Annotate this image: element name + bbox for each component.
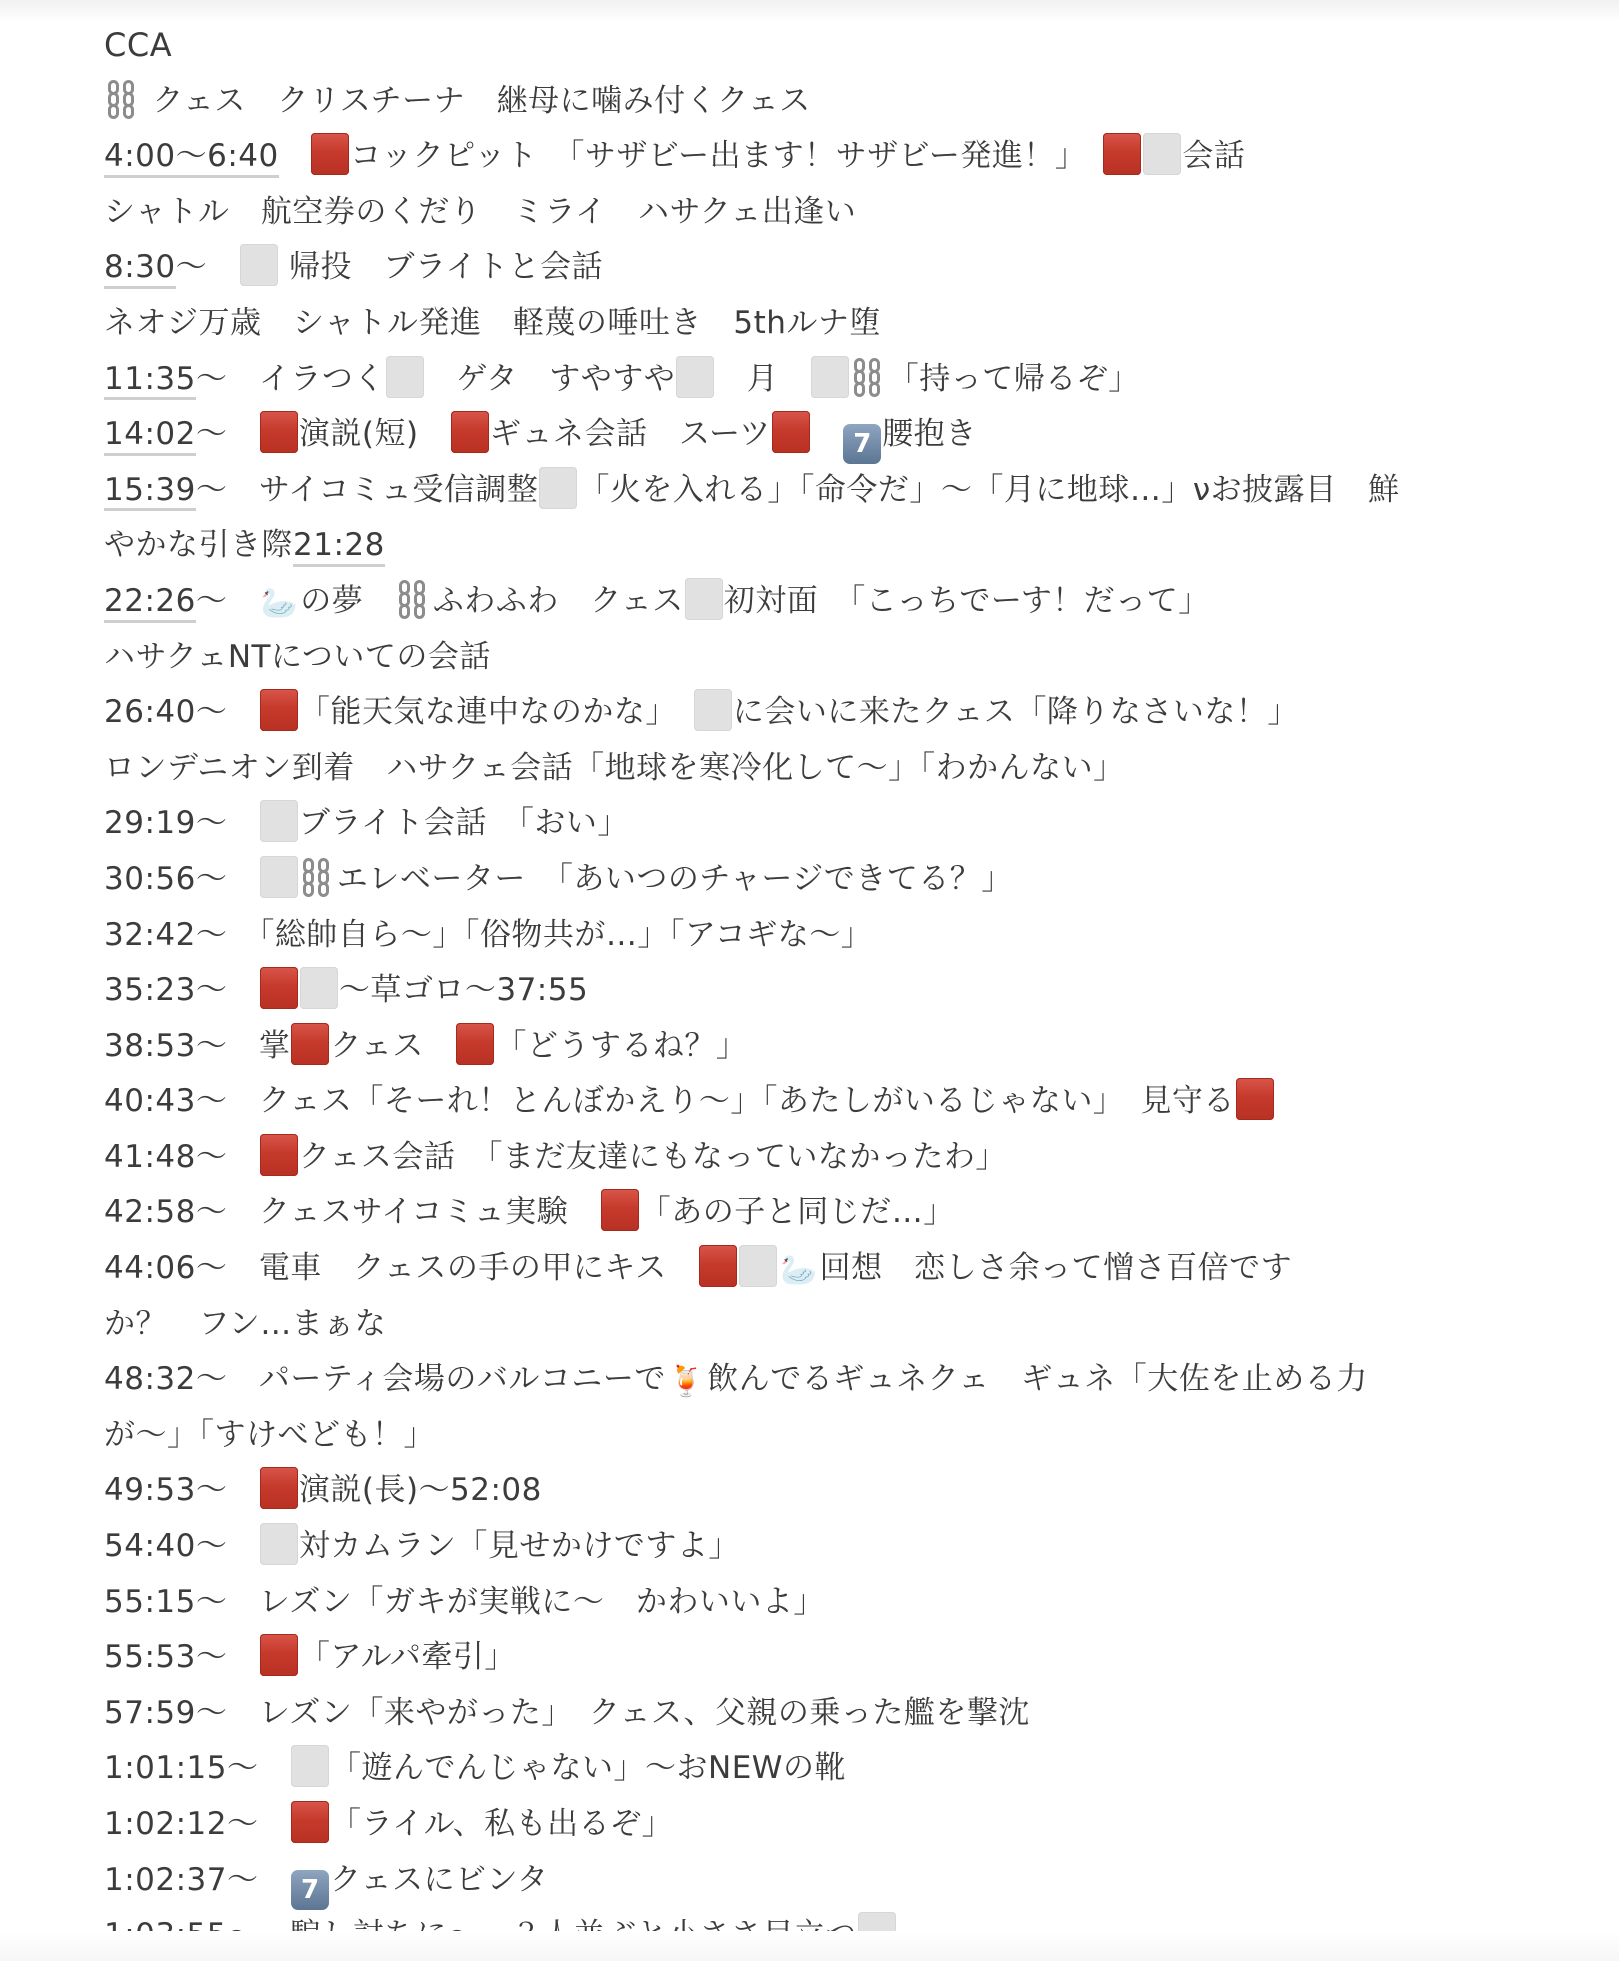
line-text: ～ クェスサイコミュ実験 [196, 1194, 600, 1230]
note-line: 11:35～ イラつく ゲタ すやすや 月 「持って帰るぞ」 [104, 352, 1504, 408]
timestamp[interactable]: 14:02 [104, 417, 196, 456]
swan-icon: 🦢 [780, 1243, 817, 1299]
line-text: 演説(長)～52:08 [299, 1472, 542, 1508]
chain-icon [397, 578, 431, 620]
line-text: 腰抱き [882, 416, 977, 452]
line-text: ギュネ会話 スーツ [490, 416, 771, 452]
line-text: クェス クリスチーナ 継母に噛み付くクェス [142, 83, 811, 119]
note-line: ロンデニオン到着 ハサクェ会話「地球を寒冷化して～」「わかんない」 [104, 741, 1504, 797]
line-text: ロンデニオン到着 ハサクェ会話「地球を寒冷化して～」「わかんない」 [104, 750, 1125, 786]
note-line: 41:48～ クェス会話 「まだ友達にもなっていなかったわ」 [104, 1130, 1504, 1186]
red-square-icon [1103, 133, 1141, 175]
note-line: 38:53～ 掌クェス 「どうするね？」 [104, 1019, 1504, 1075]
line-text: 月 [715, 361, 810, 397]
note-line: 22:26～ 🦢の夢 ふわふわ クェス初対面 「こっちでーす！だって」 [104, 574, 1504, 630]
timestamp[interactable]: 4:00～6:40 [104, 139, 279, 178]
note-line: 35:23～ ～草ゴロ～37:55 [104, 963, 1504, 1019]
line-text: ～ [227, 1862, 290, 1898]
timestamp[interactable]: 22:26 [104, 584, 196, 623]
line-text: に会いに来たクェス「降りなさいな！」 [733, 694, 1299, 730]
red-square-icon [456, 1023, 494, 1065]
line-text: の夢 [300, 583, 395, 619]
timestamp: 29:19 [104, 806, 196, 842]
red-square-icon [260, 1134, 298, 1176]
keycap-seven-icon: 7 [291, 1870, 329, 1910]
note-line: 54:40～ 対カムラン「見せかけですよ」 [104, 1519, 1504, 1575]
timestamp: 32:42 [104, 918, 196, 954]
red-square-icon [699, 1245, 737, 1287]
note-line: 32:42～ 「総帥自ら～」「俗物共が…」「アコギな～」 [104, 908, 1504, 964]
white-square-icon [694, 689, 732, 731]
line-text: ～ [196, 694, 259, 730]
timestamp[interactable]: 15:39 [104, 473, 196, 512]
note-line: クェス クリスチーナ 継母に噛み付くクェス [104, 74, 1504, 130]
timestamp: 35:23 [104, 973, 196, 1009]
note-line: 26:40～ 「能天気な連中なのかな」 に会いに来たクェス「降りなさいな！」 [104, 685, 1504, 741]
line-text: 「火を入れる」「命令だ」～「月に地球…」νお披露目 鮮 [578, 472, 1399, 508]
note-line: が～」「すけべども！」 [104, 1408, 1504, 1464]
timestamp: 49:53 [104, 1473, 196, 1509]
note-title: CCA [104, 18, 1504, 74]
white-square-icon [739, 1245, 777, 1287]
note-line: 1:02:12～ 「ライル、私も出るぞ」 [104, 1797, 1504, 1853]
note-line: 55:15～ レズン「ガキが実戦に～ かわいいよ」 [104, 1575, 1504, 1631]
line-text: ～ イラつく [196, 361, 385, 397]
note-line: やかな引き際21:28 [104, 518, 1504, 574]
keycap-seven-icon: 7 [843, 424, 881, 464]
line-text: ～ [196, 1139, 259, 1175]
line-text: ～ 「総帥自ら～」「俗物共が…」「アコギな～」 [196, 917, 872, 953]
line-text: ゲタ すやすや [425, 361, 675, 397]
timestamp: 26:40 [104, 695, 196, 731]
note-line: 42:58～ クェスサイコミュ実験 「あの子と同じだ…」 [104, 1185, 1504, 1241]
white-square-icon [811, 356, 849, 398]
chain-icon [106, 78, 140, 120]
red-square-icon [601, 1189, 639, 1231]
line-text [279, 138, 311, 174]
white-square-icon [1143, 133, 1181, 175]
line-text: クェスにビンタ [330, 1862, 548, 1898]
line-text: ～ レズン「来やがった」 クェス、父親の乗った艦を撃沈 [196, 1695, 1030, 1731]
line-text: ～ [196, 972, 259, 1008]
red-square-icon [451, 411, 489, 453]
note-line: 30:56～ エレベーター 「あいつのチャージできてる？」 [104, 852, 1504, 908]
note-line: 8:30～ 帰投 ブライトと会話 [104, 240, 1504, 296]
line-text: ハサクェNTについての会話 [104, 639, 491, 675]
white-square-icon [240, 244, 278, 286]
note-line: か？ フン…まぁな [104, 1297, 1504, 1353]
line-text [811, 416, 843, 452]
white-square-icon [260, 856, 298, 898]
note-lines: クェス クリスチーナ 継母に噛み付くクェス4:00～6:40 コックピット 「サ… [104, 74, 1504, 1961]
timestamp: 1:02:37 [104, 1863, 227, 1899]
timestamp: 44:06 [104, 1251, 196, 1287]
line-text: ～ [196, 861, 259, 897]
red-square-icon [260, 1467, 298, 1509]
line-text: ～ 掌 [196, 1028, 291, 1064]
bottom-shade [0, 1931, 1619, 1961]
line-text: ～ [227, 1750, 290, 1786]
timestamp: 1:02:12 [104, 1807, 227, 1843]
line-text: ～ サイコミュ受信調整 [196, 472, 538, 508]
line-text: 回想 恋しさ余って憎さ百倍です [820, 1250, 1293, 1286]
line-text: シャトル 航空券のくだり ミライ ハサクェ出逢い [104, 194, 856, 230]
timestamp: 55:15 [104, 1585, 196, 1621]
red-square-icon [260, 967, 298, 1009]
line-text: ～ レズン「ガキが実戦に～ かわいいよ」 [196, 1584, 825, 1620]
timestamp: 57:59 [104, 1696, 196, 1732]
line-text: 演説(短) [299, 416, 450, 452]
line-text: クェス会話 「まだ友達にもなっていなかったわ」 [299, 1139, 1007, 1175]
timestamp[interactable]: 8:30 [104, 250, 176, 289]
note-line: 1:02:37～ 7クェスにビンタ [104, 1853, 1504, 1909]
white-square-icon [539, 467, 577, 509]
line-text: ～ [227, 1806, 290, 1842]
timestamp: 54:40 [104, 1529, 196, 1565]
note-line: 44:06～ 電車 クェスの手の甲にキス 🦢回想 恋しさ余って憎さ百倍です [104, 1241, 1504, 1297]
timestamp: 1:01:15 [104, 1751, 227, 1787]
note-line: 57:59～ レズン「来やがった」 クェス、父親の乗った艦を撃沈 [104, 1686, 1504, 1742]
timestamp: 41:48 [104, 1140, 196, 1176]
timestamp[interactable]: 11:35 [104, 362, 196, 401]
tropical-drink-icon: 🍹 [668, 1354, 705, 1410]
line-text: が～」「すけべども！」 [104, 1417, 435, 1453]
timestamp: 55:53 [104, 1640, 196, 1676]
line-text: ～ 電車 クェスの手の甲にキス [196, 1250, 698, 1286]
red-square-icon [1236, 1078, 1274, 1120]
note-line: ハサクェNTについての会話 [104, 630, 1504, 686]
line-text: 初対面 「こっちでーす！だって」 [724, 583, 1210, 619]
white-square-icon [685, 578, 723, 620]
line-text: 飲んでるギュネクェ ギュネ「大佐を止める力 [707, 1361, 1368, 1397]
line-text: 「あの子と同じだ…」 [640, 1194, 955, 1230]
line-text: ～ [196, 1528, 259, 1564]
chain-icon [852, 356, 886, 398]
line-text: ～ [196, 1472, 259, 1508]
line-text: ～ [176, 249, 239, 285]
line-text: 帰投 ブライトと会話 [279, 249, 603, 285]
line-text: やかな引き際 [104, 527, 293, 563]
red-square-icon [291, 1023, 329, 1065]
line-text: 「ライル、私も出るぞ」 [330, 1806, 673, 1842]
line-text: コックピット 「サザビー出ます！サザビー発進！」 [350, 138, 1102, 174]
line-text: 「持って帰るぞ」 [888, 361, 1140, 397]
line-text: ～ [196, 583, 259, 619]
white-square-icon [291, 1745, 329, 1787]
chain-icon [301, 856, 335, 898]
line-text: ～草ゴロ～37:55 [339, 972, 588, 1008]
line-text: ふわふわ クェス [433, 583, 684, 619]
line-text: か？ フン…まぁな [104, 1306, 386, 1342]
line-text: ネオジ万歳 シャトル発進 軽蔑の唾吐き 5thルナ堕 [104, 305, 881, 341]
timestamp: 30:56 [104, 862, 196, 898]
red-square-icon [260, 411, 298, 453]
note-line: 14:02～ 演説(短) ギュネ会話 スーツ 7腰抱き [104, 407, 1504, 463]
red-square-icon [260, 1634, 298, 1676]
line-text: 「どうするね？」 [495, 1028, 747, 1064]
note-line: ネオジ万歳 シャトル発進 軽蔑の唾吐き 5thルナ堕 [104, 296, 1504, 352]
line-text: 「遊んでんじゃない」～おNEWの靴 [330, 1750, 846, 1786]
note-line: 15:39～ サイコミュ受信調整「火を入れる」「命令だ」～「月に地球…」νお披露… [104, 463, 1504, 519]
note-body[interactable]: CCA クェス クリスチーナ 継母に噛み付くクェス4:00～6:40 コックピッ… [104, 18, 1504, 1961]
line-text: 「アルパ牽引」 [299, 1639, 516, 1675]
line-text: ブライト会話 「おい」 [299, 805, 629, 841]
line-text: ～ クェス「そーれ！とんぼかえり～」「あたしがいるじゃない」 見守る [196, 1083, 1235, 1119]
line-text: 「能天気な連中なのかな」 [299, 694, 693, 730]
line-text: 対カムラン「見せかけですよ」 [299, 1528, 740, 1564]
white-square-icon [260, 1523, 298, 1565]
note-line: 49:53～ 演説(長)～52:08 [104, 1463, 1504, 1519]
white-square-icon [676, 356, 714, 398]
timestamp: 38:53 [104, 1029, 196, 1065]
line-text: ～ パーティ会場のバルコニーで [196, 1361, 666, 1397]
line-text: ～ [196, 1639, 259, 1675]
swan-icon: 🦢 [261, 576, 298, 632]
timestamp[interactable]: 21:28 [293, 528, 385, 567]
note-line: 29:19～ ブライト会話 「おい」 [104, 796, 1504, 852]
note-line: 1:01:15～ 「遊んでんじゃない」～おNEWの靴 [104, 1741, 1504, 1797]
red-square-icon [311, 133, 349, 175]
line-text: ～ [196, 805, 259, 841]
line-text: クェス [330, 1028, 455, 1064]
note-line: 55:53～ 「アルパ牽引」 [104, 1630, 1504, 1686]
white-square-icon [386, 356, 424, 398]
line-text: ～ [196, 416, 259, 452]
note-line: 4:00～6:40 コックピット 「サザビー出ます！サザビー発進！」 会話 [104, 129, 1504, 185]
timestamp: 42:58 [104, 1195, 196, 1231]
red-square-icon [260, 689, 298, 731]
red-square-icon [291, 1801, 329, 1843]
line-text: 会話 [1182, 138, 1245, 174]
line-text: エレベーター 「あいつのチャージできてる？」 [337, 861, 1013, 897]
note-line: 48:32～ パーティ会場のバルコニーで🍹飲んでるギュネクェ ギュネ「大佐を止め… [104, 1352, 1504, 1408]
note-line: 40:43～ クェス「そーれ！とんぼかえり～」「あたしがいるじゃない」 見守る [104, 1074, 1504, 1130]
timestamp: 40:43 [104, 1084, 196, 1120]
timestamp: 48:32 [104, 1362, 196, 1398]
red-square-icon [772, 411, 810, 453]
white-square-icon [300, 967, 338, 1009]
note-line: シャトル 航空券のくだり ミライ ハサクェ出逢い [104, 185, 1504, 241]
white-square-icon [260, 800, 298, 842]
